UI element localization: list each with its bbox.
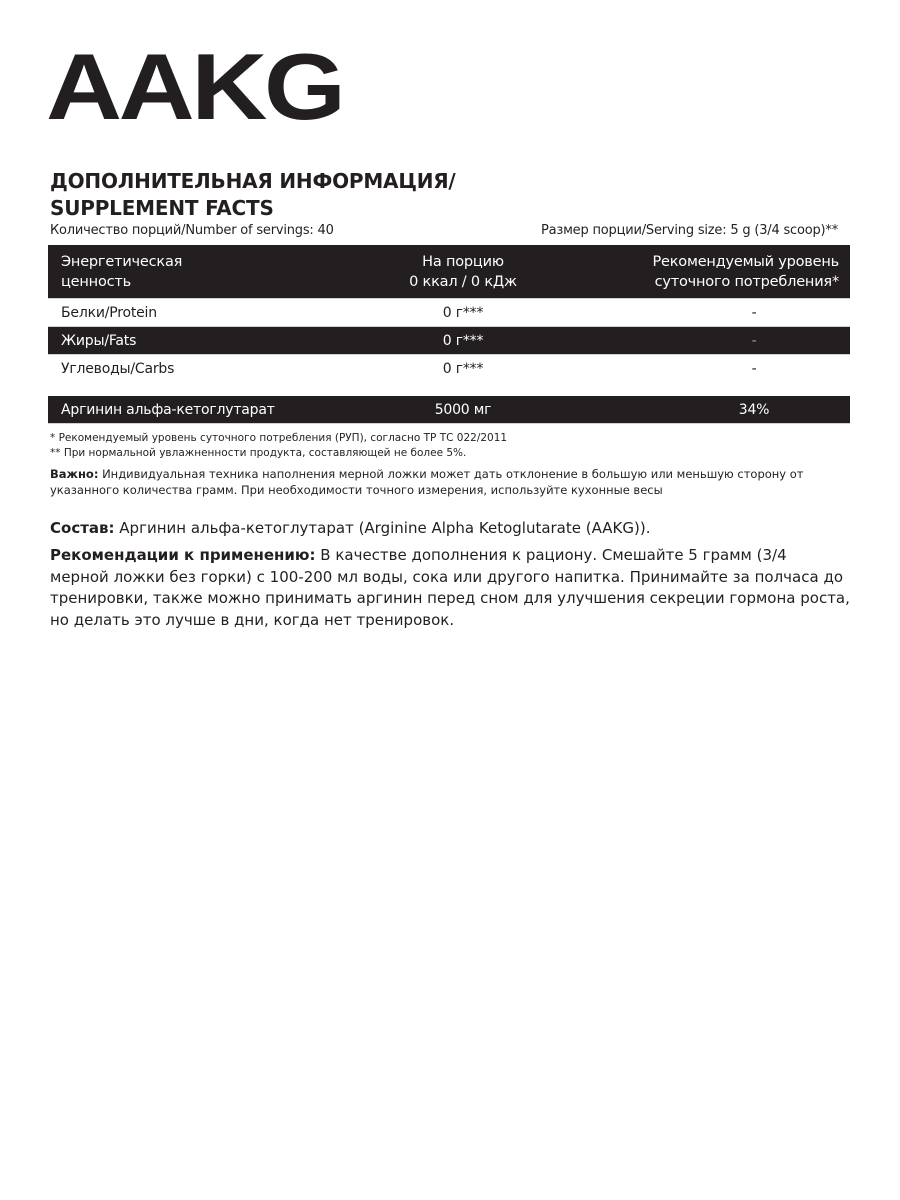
nutrient-rdi: 34% xyxy=(568,402,850,418)
table-spacer xyxy=(48,382,850,396)
heading-line-ru: ДОПОЛНИТЕЛЬНАЯ ИНФОРМАЦИЯ/ xyxy=(50,168,456,195)
usage-recommendations: Рекомендации к применению: В качестве до… xyxy=(50,545,850,631)
table-row: Аргинин альфа-кетоглутарат 5000 мг 34% xyxy=(48,396,850,424)
important-text: Индивидуальная техника наполнения мерной… xyxy=(50,467,804,497)
composition-label: Состав: xyxy=(50,519,115,537)
header-daily-intake: Рекомендуемый уровень суточного потребле… xyxy=(568,252,850,292)
nutrient-value: 0 г*** xyxy=(358,333,568,349)
important-label: Важно: xyxy=(50,467,98,481)
header-per-serving-line2: 0 ккал / 0 кДж xyxy=(358,272,568,292)
usage-label: Рекомендации к применению: xyxy=(50,546,316,564)
footnotes: * Рекомендуемый уровень суточного потреб… xyxy=(50,431,507,461)
serving-size: Размер порции/Serving size: 5 g (3/4 sco… xyxy=(541,223,838,238)
header-energy: Энергетическая ценность xyxy=(48,252,358,292)
footnote-rdi: * Рекомендуемый уровень суточного потреб… xyxy=(50,431,507,446)
composition: Состав: Аргинин альфа-кетоглутарат (Argi… xyxy=(50,518,850,539)
header-energy-line2: ценность xyxy=(61,272,358,292)
header-per-serving: На порцию 0 ккал / 0 кДж xyxy=(358,252,568,292)
product-logo: AAKG xyxy=(46,40,343,134)
nutrient-rdi: - xyxy=(568,305,850,321)
nutrient-name: Белки/Protein xyxy=(48,305,358,321)
section-heading: ДОПОЛНИТЕЛЬНАЯ ИНФОРМАЦИЯ/ SUPPLEMENT FA… xyxy=(50,168,456,222)
nutrient-rdi: - xyxy=(568,361,850,377)
header-daily-intake-line2: суточного потребления* xyxy=(568,272,839,292)
header-per-serving-line1: На порцию xyxy=(358,252,568,272)
table-row: Жиры/Fats 0 г*** - xyxy=(48,327,850,355)
composition-text: Аргинин альфа-кетоглутарат (Arginine Alp… xyxy=(115,519,651,537)
nutrient-value: 0 г*** xyxy=(358,305,568,321)
nutrient-rdi: - xyxy=(568,333,850,349)
table-row: Белки/Protein 0 г*** - xyxy=(48,299,850,327)
nutrient-name: Жиры/Fats xyxy=(48,333,358,349)
important-note: Важно: Индивидуальная техника наполнения… xyxy=(50,466,850,498)
header-energy-line1: Энергетическая xyxy=(61,252,358,272)
nutrient-name: Углеводы/Carbs xyxy=(48,361,358,377)
servings-count: Количество порций/Number of servings: 40 xyxy=(50,223,334,238)
supplement-facts-table: Энергетическая ценность На порцию 0 ккал… xyxy=(48,245,850,424)
nutrient-value: 0 г*** xyxy=(358,361,568,377)
heading-line-en: SUPPLEMENT FACTS xyxy=(50,195,456,222)
nutrient-value: 5000 мг xyxy=(358,402,568,418)
table-row: Углеводы/Carbs 0 г*** - xyxy=(48,355,850,382)
header-daily-intake-line1: Рекомендуемый уровень xyxy=(568,252,839,272)
footnote-moisture: ** При нормальной увлажненности продукта… xyxy=(50,446,507,461)
table-header-row: Энергетическая ценность На порцию 0 ккал… xyxy=(48,245,850,299)
nutrient-name: Аргинин альфа-кетоглутарат xyxy=(48,402,358,418)
